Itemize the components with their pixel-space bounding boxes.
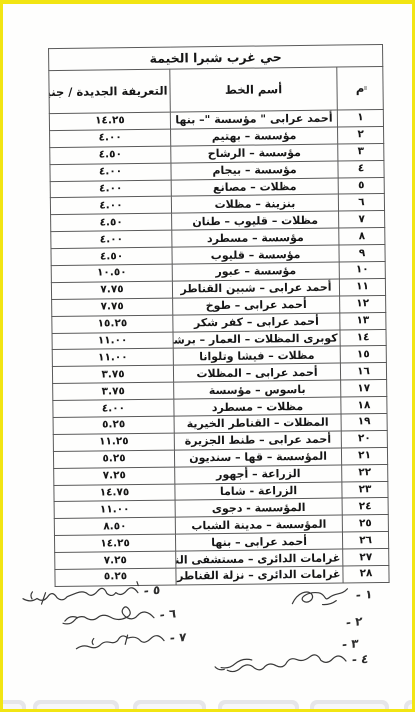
cell-tariff: ٨.٥٠ xyxy=(54,517,175,535)
cell-line: الزراعة – أجهور xyxy=(175,465,342,484)
signature-scribble xyxy=(287,583,355,612)
cell-line: مظلات – مسطرد xyxy=(174,397,341,416)
cell-line: مؤسسة – الرشاح xyxy=(171,144,338,163)
note-number: ٦ - xyxy=(160,606,176,622)
cell-no: ٤ xyxy=(338,160,384,177)
cell-line: مؤسسة – بيجام xyxy=(171,161,338,180)
screenshot-root: { "document": { "title": "حي غرب شبرا ال… xyxy=(0,0,415,712)
cell-no: ١٠ xyxy=(339,261,385,278)
cell-no: ١٩ xyxy=(341,413,387,430)
cell-no: ٢٥ xyxy=(342,515,388,532)
cell-line: مظلات – قليوب – طنان xyxy=(172,211,339,230)
cell-tariff: ٧.٧٥ xyxy=(52,298,173,316)
cell-no: ٢٦ xyxy=(342,532,388,549)
cell-line: أحمد عرابى – المظلات xyxy=(173,363,340,382)
handwriting-scribble xyxy=(209,647,350,680)
cell-line: مؤسسة – قليوب xyxy=(172,245,339,264)
cell-line: أحمد عرابى – طوخ xyxy=(173,296,340,315)
cell-no: ١٣ xyxy=(340,312,386,329)
cell-line: مؤسسة – عبور xyxy=(172,262,339,281)
cell-no: ٣ xyxy=(338,143,384,160)
cell-no: ٢٨ xyxy=(343,566,389,583)
scan-speck xyxy=(364,86,367,90)
cell-line: أحمد عرابى " مؤسسة "– بنها xyxy=(170,110,337,129)
cell-no: ٢١ xyxy=(341,447,387,464)
cell-line: أحمد عرابى – شبين القناطر xyxy=(172,279,339,298)
note-number: ٧ - xyxy=(170,630,187,645)
cell-no: ٩ xyxy=(339,245,385,262)
cell-tariff: ٣.٧٥ xyxy=(52,365,173,383)
cell-line: الزراعة - شاما xyxy=(175,482,342,501)
cell-tariff: ٤.٠٠ xyxy=(53,399,174,417)
column-header-index: م xyxy=(337,66,384,110)
cell-no: ٢٢ xyxy=(342,464,388,481)
cell-tariff: ١١.٠٠ xyxy=(52,349,173,367)
cell-tariff: ١١.٠٠ xyxy=(54,501,175,519)
cell-tariff: ٤.٥٠ xyxy=(51,247,172,265)
bottom-thumbnail[interactable] xyxy=(404,700,415,712)
cell-no: ١٧ xyxy=(341,380,387,397)
column-header-tariff: التعريفة الجديدة / جنيه xyxy=(49,69,171,113)
cell-line: باسوس – مؤسسة xyxy=(174,380,341,399)
handwritten-note-1: ١ - xyxy=(287,582,373,612)
handwritten-note-4: ٤ - xyxy=(209,646,369,680)
cell-line: مظلات – فيشا وتلوانا xyxy=(173,347,340,366)
handwritten-note-2: ٢ - xyxy=(345,614,363,630)
cell-tariff: ١١.٠٠ xyxy=(52,332,173,350)
bottom-thumbnail[interactable] xyxy=(310,700,389,712)
cell-line: مؤسسة – مسطرد xyxy=(172,228,339,247)
cell-tariff: ١٥.٢٥ xyxy=(52,315,173,333)
cell-tariff: ١٤.٢٥ xyxy=(49,112,170,130)
column-header-line: أسم الخط xyxy=(170,67,338,112)
tariff-table-body: ١أحمد عرابى " مؤسسة "– بنها١٤.٢٥٢مؤسسة –… xyxy=(49,109,389,586)
cell-line: أحمد عرابى – كفر شكر xyxy=(173,313,340,332)
bottom-thumbnail[interactable] xyxy=(218,700,299,712)
cell-no: ٦ xyxy=(338,194,384,211)
note-number: ٥ - xyxy=(144,583,161,599)
cell-line: مظلات – مصانع xyxy=(171,178,338,197)
cell-line: كوبرى المظلات – العمار – برشوم xyxy=(173,330,340,349)
bottom-thumbnail[interactable] xyxy=(33,700,119,712)
cell-line: المظلات – القناطر الخيرية xyxy=(174,414,341,433)
cell-no: ١٨ xyxy=(341,397,387,414)
cell-tariff: ٧.٢٥ xyxy=(54,467,175,485)
cell-no: ٢٧ xyxy=(343,549,389,566)
cell-line: المؤسسة – قها – سنديون xyxy=(174,448,341,467)
cell-tariff: ١٤.٧٥ xyxy=(54,484,175,502)
cell-no: ٢٤ xyxy=(342,498,388,515)
table-header-row: م أسم الخط التعريفة الجديدة / جنيه xyxy=(49,66,384,113)
cell-tariff: ١١.٢٥ xyxy=(53,433,174,451)
cell-tariff: ٧.٧٥ xyxy=(51,281,172,299)
cell-no: ١ xyxy=(337,109,383,126)
tariff-table: حي غرب شبرا الخيمة م أسم الخط التعريفة ا… xyxy=(48,44,389,587)
cell-tariff: ٣.٧٥ xyxy=(53,382,174,400)
cell-no: ٥ xyxy=(338,177,384,194)
bottom-thumbnail[interactable] xyxy=(133,700,206,712)
cell-tariff: ٥.٢٥ xyxy=(53,416,174,434)
cell-line: أحمد عرابى – طنط الجزيرة xyxy=(174,431,341,450)
cell-line: غرامات الدائرى – نزلة القناطر xyxy=(176,566,343,585)
cell-tariff: ٤.٠٠ xyxy=(50,197,171,215)
cell-tariff: ٤.٠٠ xyxy=(50,129,171,147)
scanned-document-sheet: حي غرب شبرا الخيمة م أسم الخط التعريفة ا… xyxy=(0,0,415,712)
cell-line: أحمد عرابى – بنها xyxy=(176,532,343,551)
cell-no: ١٦ xyxy=(340,363,386,380)
cell-tariff: ٤.٠٠ xyxy=(50,180,171,198)
cell-tariff: ٤.٠٠ xyxy=(50,163,171,181)
cell-line: بنزينة – مظلات xyxy=(171,194,338,213)
cell-tariff: ٧.٢٥ xyxy=(55,551,176,569)
note-number: ٢ - xyxy=(346,614,362,630)
cell-tariff: ١٠.٥٠ xyxy=(51,264,172,282)
cell-tariff: ٤.٠٠ xyxy=(51,230,172,248)
cell-no: ٢٠ xyxy=(341,430,387,447)
cell-no: ٧ xyxy=(339,211,385,228)
note-number: ١ - xyxy=(356,587,373,602)
cell-line: المؤسسة - دجوى xyxy=(175,499,342,518)
bottom-thumbnail[interactable] xyxy=(0,700,26,712)
cell-tariff: ٥.٢٥ xyxy=(53,450,174,468)
note-number: ٤ - xyxy=(352,652,369,667)
cell-line: غرامات الدائرى – مستشفى النيل xyxy=(176,549,343,568)
cell-tariff: ٤.٥٠ xyxy=(50,146,171,164)
cell-tariff: ٤.٥٠ xyxy=(51,213,172,231)
cell-no: ٢٣ xyxy=(342,481,388,498)
cell-line: مؤسسة – بهتيم xyxy=(171,127,338,146)
cell-no: ١٥ xyxy=(340,346,386,363)
cell-tariff: ١٤.٢٥ xyxy=(54,534,175,552)
cell-no: ٢ xyxy=(338,126,384,143)
cell-no: ٨ xyxy=(339,228,385,245)
cell-no: ١٢ xyxy=(340,295,386,312)
cell-line: المؤسسة – مدينة الشباب xyxy=(175,515,342,534)
cell-no: ١٤ xyxy=(340,329,386,346)
cell-no: ١١ xyxy=(339,278,385,295)
